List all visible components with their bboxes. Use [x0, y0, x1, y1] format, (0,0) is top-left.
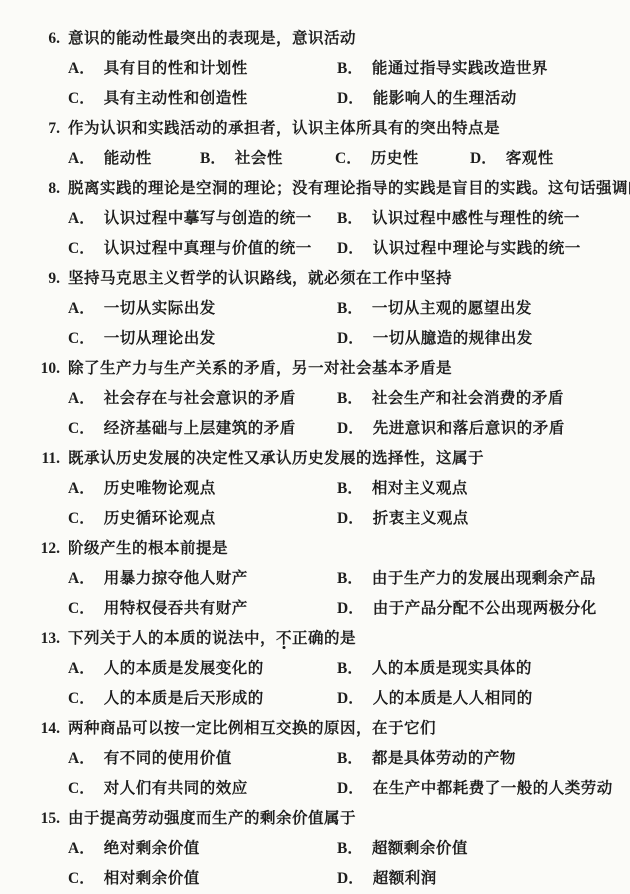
question-text: 脱离实践的理论是空洞的理论；没有理论指导的实践是盲目的实践。这句话强调的是 [68, 174, 630, 204]
answer-option: A． 能动性 [68, 144, 200, 174]
answer-option: B． 超额剩余价值 [337, 834, 614, 864]
question-stem-line: 8. 脱离实践的理论是空洞的理论；没有理论指导的实践是盲目的实践。这句话强调的是 [36, 174, 614, 204]
option-text: 一切从臆造的规律出发 [373, 324, 533, 354]
answer-option: A． 有不同的使用价值 [68, 744, 337, 774]
answer-option: D． 折衷主义观点 [337, 504, 614, 534]
question-stem-line: 15. 由于提高劳动强度而生产的剩余价值属于 [36, 804, 614, 834]
question-options: A． 历史唯物论观点 B． 相对主义观点 C． 历史循环论观点 D． 折衷主义观… [36, 474, 614, 534]
option-text: 能通过指导实践改造世界 [372, 54, 548, 84]
option-text: 绝对剩余价值 [104, 834, 200, 864]
answer-option: D． 先进意识和落后意识的矛盾 [337, 414, 614, 444]
option-text: 一切从主观的愿望出发 [372, 294, 532, 324]
answer-option: C． 对人们有共同的效应 [68, 774, 337, 804]
option-text: 认识过程中摹写与创造的统一 [104, 204, 312, 234]
question-list: 6. 意识的能动性最突出的表现是，意识活动 A． 具有目的性和计划性 B． 能通… [36, 24, 614, 894]
option-label: B． [337, 744, 363, 774]
option-label: B． [337, 564, 363, 594]
answer-option: B． 人的本质是现实具体的 [337, 654, 614, 684]
question-number: 12. [36, 534, 60, 564]
option-text: 认识过程中真理与价值的统一 [104, 234, 312, 264]
answer-option: D． 在生产中都耗费了一般的人类劳动 [337, 774, 614, 804]
option-text: 由于生产力的发展出现剩余产品 [372, 564, 596, 594]
answer-option: C． 一切从理论出发 [68, 324, 337, 354]
option-text: 能动性 [104, 144, 152, 174]
answer-option: C． 历史性 [335, 144, 470, 174]
answer-option: D． 一切从臆造的规律出发 [337, 324, 614, 354]
option-label: B． [337, 294, 363, 324]
answer-option: C． 具有主动性和创造性 [68, 84, 337, 114]
question-text-pre: 下列关于人的本质的说法中， [68, 630, 276, 647]
answer-option: D． 客观性 [470, 144, 614, 174]
option-label: B． [337, 654, 363, 684]
option-label: A． [68, 54, 95, 84]
question-stem-line: 12. 阶级产生的根本前提是 [36, 534, 614, 564]
answer-option: A． 一切从实际出发 [68, 294, 337, 324]
option-text: 社会存在与社会意识的矛盾 [104, 384, 296, 414]
answer-option: A． 人的本质是发展变化的 [68, 654, 337, 684]
option-label: D． [470, 144, 497, 174]
question-stem-line: 13. 下列关于人的本质的说法中，不正确的是 [36, 624, 614, 654]
option-text: 人的本质是后天形成的 [104, 684, 264, 714]
option-label: B． [337, 54, 363, 84]
question-stem-line: 10. 除了生产力与生产关系的矛盾，另一对社会基本矛盾是 [36, 354, 614, 384]
option-label: D． [337, 594, 364, 624]
option-label: C． [68, 594, 95, 624]
option-label: C． [68, 414, 95, 444]
question-number: 8. [36, 174, 60, 204]
question-options: A． 有不同的使用价值 B． 都是具体劳动的产物 C． 对人们有共同的效应 D．… [36, 744, 614, 804]
option-label: C． [68, 234, 95, 264]
option-text: 认识过程中感性与理性的统一 [372, 204, 580, 234]
option-text: 人的本质是发展变化的 [104, 654, 264, 684]
answer-option: A． 用暴力掠夺他人财产 [68, 564, 337, 594]
option-label: C． [335, 144, 362, 174]
option-label: D． [337, 414, 364, 444]
answer-option: A． 绝对剩余价值 [68, 834, 337, 864]
option-label: D． [337, 234, 364, 264]
option-label: C． [68, 864, 95, 894]
question-text-post: 正确的是 [292, 630, 356, 647]
question-stem-line: 9. 坚持马克思主义哲学的认识路线，就必须在工作中坚持 [36, 264, 614, 294]
option-label: D． [337, 864, 364, 894]
option-text: 由于产品分配不公出现两极分化 [373, 594, 597, 624]
question-block: 7. 作为认识和实践活动的承担者，认识主体所具有的突出特点是 A． 能动性 B．… [36, 114, 614, 174]
question-number: 10. [36, 354, 60, 384]
answer-option: C． 经济基础与上层建筑的矛盾 [68, 414, 337, 444]
question-text: 意识的能动性最突出的表现是，意识活动 [68, 24, 614, 54]
emphasized-text: 不 [276, 630, 292, 647]
option-label: B． [337, 384, 363, 414]
answer-option: B． 一切从主观的愿望出发 [337, 294, 614, 324]
answer-option: D． 超额利润 [337, 864, 614, 894]
question-text: 既承认历史发展的决定性又承认历史发展的选择性，这属于 [68, 444, 614, 474]
question-number: 14. [36, 714, 60, 744]
option-text: 经济基础与上层建筑的矛盾 [104, 414, 296, 444]
exam-paper-page: 6. 意识的能动性最突出的表现是，意识活动 A． 具有目的性和计划性 B． 能通… [0, 0, 630, 894]
answer-option: B． 都是具体劳动的产物 [337, 744, 614, 774]
option-text: 历史唯物论观点 [104, 474, 216, 504]
question-options: A． 具有目的性和计划性 B． 能通过指导实践改造世界 C． 具有主动性和创造性… [36, 54, 614, 114]
option-text: 对人们有共同的效应 [104, 774, 248, 804]
option-text: 都是具体劳动的产物 [372, 744, 516, 774]
answer-option: B． 相对主义观点 [337, 474, 614, 504]
question-number: 13. [36, 624, 60, 654]
question-text: 除了生产力与生产关系的矛盾，另一对社会基本矛盾是 [68, 354, 614, 384]
option-label: A． [68, 204, 95, 234]
question-stem-line: 14. 两种商品可以按一定比例相互交换的原因，在于它们 [36, 714, 614, 744]
option-text: 用特权侵吞共有财产 [104, 594, 248, 624]
question-text: 两种商品可以按一定比例相互交换的原因，在于它们 [68, 714, 614, 744]
question-text: 作为认识和实践活动的承担者，认识主体所具有的突出特点是 [68, 114, 614, 144]
answer-option: B． 认识过程中感性与理性的统一 [337, 204, 614, 234]
question-options: A． 用暴力掠夺他人财产 B． 由于生产力的发展出现剩余产品 C． 用特权侵吞共… [36, 564, 614, 624]
question-number: 11. [36, 444, 60, 474]
option-label: B． [200, 144, 226, 174]
option-text: 相对主义观点 [372, 474, 468, 504]
option-text: 历史性 [371, 144, 419, 174]
answer-option: A． 具有目的性和计划性 [68, 54, 337, 84]
option-label: A． [68, 474, 95, 504]
question-block: 12. 阶级产生的根本前提是 A． 用暴力掠夺他人财产 B． 由于生产力的发展出… [36, 534, 614, 624]
question-options: A． 能动性 B． 社会性 C． 历史性 D． 客观性 [36, 144, 614, 174]
question-block: 9. 坚持马克思主义哲学的认识路线，就必须在工作中坚持 A． 一切从实际出发 B… [36, 264, 614, 354]
option-label: A． [68, 294, 95, 324]
question-text: 坚持马克思主义哲学的认识路线，就必须在工作中坚持 [68, 264, 614, 294]
option-label: D． [337, 324, 364, 354]
question-block: 6. 意识的能动性最突出的表现是，意识活动 A． 具有目的性和计划性 B． 能通… [36, 24, 614, 114]
option-label: D． [337, 684, 364, 714]
question-text: 由于提高劳动强度而生产的剩余价值属于 [68, 804, 614, 834]
option-label: D． [337, 504, 364, 534]
answer-option: C． 人的本质是后天形成的 [68, 684, 337, 714]
option-label: A． [68, 384, 95, 414]
question-number: 9. [36, 264, 60, 294]
answer-option: C． 认识过程中真理与价值的统一 [68, 234, 337, 264]
option-text: 有不同的使用价值 [104, 744, 232, 774]
option-text: 超额利润 [373, 864, 437, 894]
option-text: 人的本质是现实具体的 [372, 654, 532, 684]
option-text: 认识过程中理论与实践的统一 [373, 234, 581, 264]
option-text: 社会性 [235, 144, 283, 174]
option-text: 折衷主义观点 [373, 504, 469, 534]
answer-option: C． 相对剩余价值 [68, 864, 337, 894]
question-stem-line: 11. 既承认历史发展的决定性又承认历史发展的选择性，这属于 [36, 444, 614, 474]
option-label: A． [68, 144, 95, 174]
option-text: 人的本质是人人相同的 [373, 684, 533, 714]
question-options: A． 一切从实际出发 B． 一切从主观的愿望出发 C． 一切从理论出发 D． 一… [36, 294, 614, 354]
option-label: C． [68, 84, 95, 114]
answer-option: B． 能通过指导实践改造世界 [337, 54, 614, 84]
question-text: 阶级产生的根本前提是 [68, 534, 614, 564]
question-stem-line: 6. 意识的能动性最突出的表现是，意识活动 [36, 24, 614, 54]
option-text: 相对剩余价值 [104, 864, 200, 894]
answer-option: B． 由于生产力的发展出现剩余产品 [337, 564, 614, 594]
option-text: 一切从理论出发 [104, 324, 216, 354]
answer-option: B． 社会性 [200, 144, 335, 174]
question-block: 8. 脱离实践的理论是空洞的理论；没有理论指导的实践是盲目的实践。这句话强调的是… [36, 174, 614, 264]
option-text: 具有主动性和创造性 [104, 84, 248, 114]
option-text: 具有目的性和计划性 [104, 54, 248, 84]
question-block: 10. 除了生产力与生产关系的矛盾，另一对社会基本矛盾是 A． 社会存在与社会意… [36, 354, 614, 444]
option-text: 超额剩余价值 [372, 834, 468, 864]
question-number: 7. [36, 114, 60, 144]
option-label: A． [68, 834, 95, 864]
option-label: C． [68, 774, 95, 804]
answer-option: D． 能影响人的生理活动 [337, 84, 614, 114]
answer-option: C． 历史循环论观点 [68, 504, 337, 534]
answer-option: A． 认识过程中摹写与创造的统一 [68, 204, 337, 234]
question-stem-line: 7. 作为认识和实践活动的承担者，认识主体所具有的突出特点是 [36, 114, 614, 144]
option-text: 社会生产和社会消费的矛盾 [372, 384, 564, 414]
answer-option: D． 人的本质是人人相同的 [337, 684, 614, 714]
option-label: D． [337, 774, 364, 804]
question-block: 13. 下列关于人的本质的说法中，不正确的是 A． 人的本质是发展变化的 B． … [36, 624, 614, 714]
answer-option: D． 认识过程中理论与实践的统一 [337, 234, 614, 264]
answer-option: C． 用特权侵吞共有财产 [68, 594, 337, 624]
question-number: 15. [36, 804, 60, 834]
option-label: B． [337, 204, 363, 234]
question-block: 15. 由于提高劳动强度而生产的剩余价值属于 A． 绝对剩余价值 B． 超额剩余… [36, 804, 614, 894]
question-options: A． 绝对剩余价值 B． 超额剩余价值 C． 相对剩余价值 D． 超额利润 [36, 834, 614, 894]
question-options: A． 认识过程中摹写与创造的统一 B． 认识过程中感性与理性的统一 C． 认识过… [36, 204, 614, 264]
option-text: 能影响人的生理活动 [373, 84, 517, 114]
question-text: 下列关于人的本质的说法中，不正确的是 [68, 624, 614, 654]
option-text: 历史循环论观点 [104, 504, 216, 534]
option-label: D． [337, 84, 364, 114]
option-text: 一切从实际出发 [104, 294, 216, 324]
option-label: A． [68, 654, 95, 684]
answer-option: A． 社会存在与社会意识的矛盾 [68, 384, 337, 414]
question-block: 14. 两种商品可以按一定比例相互交换的原因，在于它们 A． 有不同的使用价值 … [36, 714, 614, 804]
option-label: B． [337, 834, 363, 864]
option-text: 在生产中都耗费了一般的人类劳动 [373, 774, 613, 804]
answer-option: D． 由于产品分配不公出现两极分化 [337, 594, 614, 624]
question-block: 11. 既承认历史发展的决定性又承认历史发展的选择性，这属于 A． 历史唯物论观… [36, 444, 614, 534]
option-label: A． [68, 744, 95, 774]
answer-option: B． 社会生产和社会消费的矛盾 [337, 384, 614, 414]
option-label: C． [68, 324, 95, 354]
option-text: 用暴力掠夺他人财产 [104, 564, 248, 594]
question-options: A． 社会存在与社会意识的矛盾 B． 社会生产和社会消费的矛盾 C． 经济基础与… [36, 384, 614, 444]
question-options: A． 人的本质是发展变化的 B． 人的本质是现实具体的 C． 人的本质是后天形成… [36, 654, 614, 714]
option-text: 客观性 [506, 144, 554, 174]
option-label: C． [68, 684, 95, 714]
option-label: C． [68, 504, 95, 534]
answer-option: A． 历史唯物论观点 [68, 474, 337, 504]
option-text: 先进意识和落后意识的矛盾 [373, 414, 565, 444]
option-label: B． [337, 474, 363, 504]
question-number: 6. [36, 24, 60, 54]
option-label: A． [68, 564, 95, 594]
